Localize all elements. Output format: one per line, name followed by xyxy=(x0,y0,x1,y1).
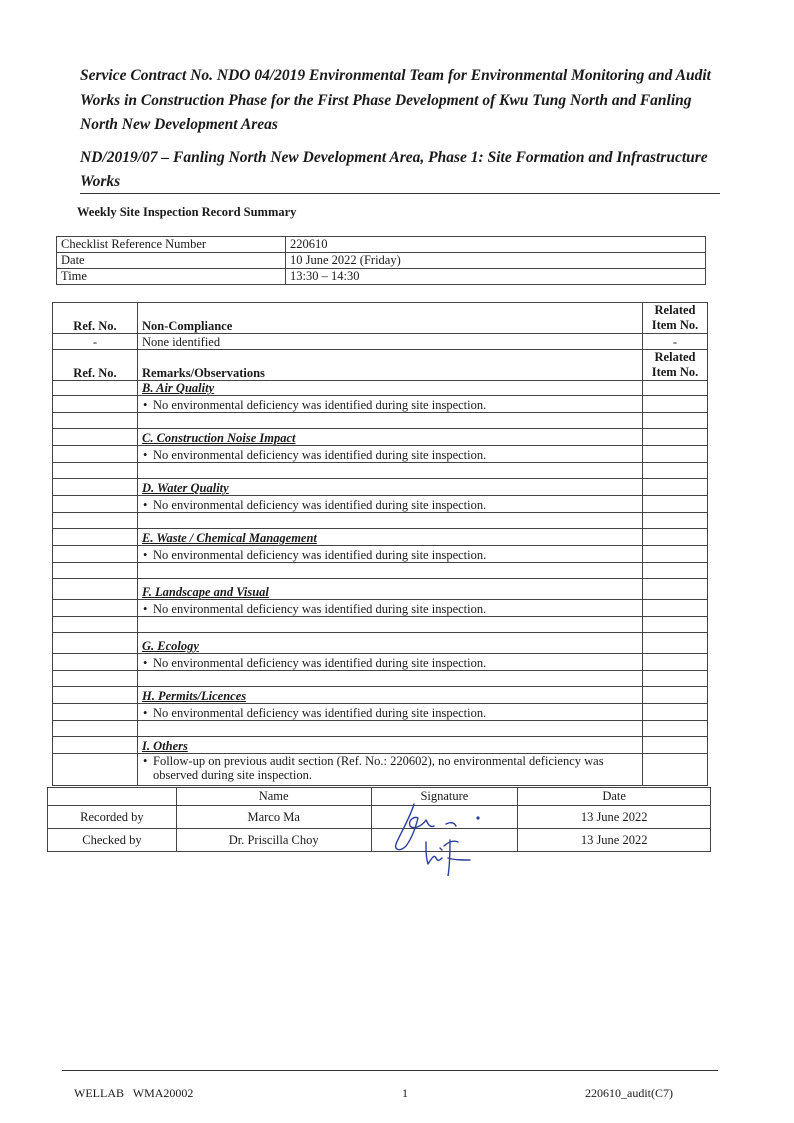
spacer-row xyxy=(53,413,708,429)
section-title: G. Ecology xyxy=(138,633,643,654)
non-compliance-header: Non-Compliance xyxy=(138,303,643,334)
related-item-cell xyxy=(643,579,708,600)
ref-no-cell xyxy=(53,633,138,654)
section-title-row: D. Water Quality xyxy=(53,479,708,496)
ref-no-cell xyxy=(53,446,138,463)
footer-company-code: WELLAB WMA20002 xyxy=(74,1086,193,1101)
observation-text: No environmental deficiency was identifi… xyxy=(142,656,638,670)
empty-cell xyxy=(53,513,138,529)
signature-cell xyxy=(371,806,518,829)
header-divider xyxy=(80,193,720,194)
section-title: B. Air Quality xyxy=(138,381,643,396)
related-item-cell xyxy=(643,429,708,446)
related-item-cell xyxy=(643,633,708,654)
spacer-row xyxy=(53,721,708,737)
ref-no-cell xyxy=(53,381,138,396)
footer-divider xyxy=(62,1070,718,1071)
observation-cell: No environmental deficiency was identifi… xyxy=(138,496,643,513)
info-row-time: Time 13:30 – 14:30 xyxy=(57,269,706,285)
observation-row: No environmental deficiency was identifi… xyxy=(53,396,708,413)
empty-cell xyxy=(138,463,643,479)
empty-cell xyxy=(138,617,643,633)
empty-cell xyxy=(643,617,708,633)
signoff-header-row: Name Signature Date xyxy=(48,788,711,806)
related-item-cell xyxy=(643,529,708,546)
spacer-row xyxy=(53,617,708,633)
section-title-row: C. Construction Noise Impact xyxy=(53,429,708,446)
spacer-row xyxy=(53,671,708,687)
signature-header: Signature xyxy=(371,788,518,806)
footer-document-id: 220610_audit(C7) xyxy=(585,1086,673,1101)
ref-no-cell xyxy=(53,429,138,446)
contract-title: Service Contract No. NDO 04/2019 Environ… xyxy=(80,64,730,138)
empty-cell xyxy=(53,721,138,737)
observation-cell: No environmental deficiency was identifi… xyxy=(138,446,643,463)
empty-cell xyxy=(138,721,643,737)
spacer-row xyxy=(53,563,708,579)
empty-cell xyxy=(643,563,708,579)
ref-no-cell xyxy=(53,600,138,617)
empty-cell xyxy=(53,563,138,579)
related-item-cell xyxy=(643,654,708,671)
name-cell: Dr. Priscilla Choy xyxy=(176,829,371,852)
related-item-header: Related Item No. xyxy=(643,303,708,334)
related-item-cell xyxy=(643,754,708,786)
section-title: H. Permits/Licences xyxy=(138,687,643,704)
observation-cell: No environmental deficiency was identifi… xyxy=(138,396,643,413)
observation-row: No environmental deficiency was identifi… xyxy=(53,546,708,563)
observation-row: No environmental deficiency was identifi… xyxy=(53,446,708,463)
observation-text: No environmental deficiency was identifi… xyxy=(142,398,638,412)
empty-cell xyxy=(138,513,643,529)
section-title-row: G. Ecology xyxy=(53,633,708,654)
info-label: Time xyxy=(57,269,286,285)
page-number: 1 xyxy=(402,1086,408,1101)
observation-cell: No environmental deficiency was identifi… xyxy=(138,704,643,721)
section-title: F. Landscape and Visual xyxy=(138,579,643,600)
role-cell: Checked by xyxy=(48,829,177,852)
related-item-cell xyxy=(643,496,708,513)
observation-row: No environmental deficiency was identifi… xyxy=(53,496,708,513)
empty-cell xyxy=(643,721,708,737)
section-title-row: I. Others xyxy=(53,737,708,754)
ref-no-cell: - xyxy=(53,334,138,350)
related-item-header: Related Item No. xyxy=(643,350,708,381)
empty-cell xyxy=(643,413,708,429)
observation-row: Follow-up on previous audit section (Ref… xyxy=(53,754,708,786)
section-title: D. Water Quality xyxy=(138,479,643,496)
signoff-row-checked: Checked by Dr. Priscilla Choy 13 June 20… xyxy=(48,829,711,852)
related-item-cell xyxy=(643,479,708,496)
name-cell: Marco Ma xyxy=(176,806,371,829)
ref-no-cell xyxy=(53,396,138,413)
info-label: Date xyxy=(57,253,286,269)
observation-text: Follow-up on previous audit section (Ref… xyxy=(142,754,638,782)
observation-text: No environmental deficiency was identifi… xyxy=(142,548,638,562)
empty-cell xyxy=(643,513,708,529)
spacer-row xyxy=(53,513,708,529)
empty-cell xyxy=(53,671,138,687)
ref-no-cell xyxy=(53,579,138,600)
section-title-row: B. Air Quality xyxy=(53,381,708,396)
related-item-cell xyxy=(643,737,708,754)
non-compliance-cell: None identified xyxy=(138,334,643,350)
empty-cell xyxy=(643,463,708,479)
project-title: ND/2019/07 – Fanling North New Developme… xyxy=(80,146,730,195)
observation-text: No environmental deficiency was identifi… xyxy=(142,602,638,616)
non-compliance-row: - None identified - xyxy=(53,334,708,350)
remarks-header-row: Ref. No. Remarks/Observations Related It… xyxy=(53,350,708,381)
ref-no-header: Ref. No. xyxy=(53,303,138,334)
info-row-date: Date 10 June 2022 (Friday) xyxy=(57,253,706,269)
info-value: 10 June 2022 (Friday) xyxy=(286,253,706,269)
non-compliance-header-row: Ref. No. Non-Compliance Related Item No. xyxy=(53,303,708,334)
inspection-info-table: Checklist Reference Number 220610 Date 1… xyxy=(56,236,706,285)
observation-text: No environmental deficiency was identifi… xyxy=(142,706,638,720)
info-value: 13:30 – 14:30 xyxy=(286,269,706,285)
observation-row: No environmental deficiency was identifi… xyxy=(53,704,708,721)
ref-no-cell xyxy=(53,529,138,546)
observation-cell: Follow-up on previous audit section (Ref… xyxy=(138,754,643,786)
observation-cell: No environmental deficiency was identifi… xyxy=(138,546,643,563)
spacer-row xyxy=(53,463,708,479)
date-cell: 13 June 2022 xyxy=(518,806,711,829)
related-item-cell: - xyxy=(643,334,708,350)
ref-no-header: Ref. No. xyxy=(53,350,138,381)
signature-cell xyxy=(371,829,518,852)
section-title: E. Waste / Chemical Management xyxy=(138,529,643,546)
ref-no-cell xyxy=(53,704,138,721)
related-item-cell xyxy=(643,600,708,617)
empty-cell xyxy=(138,671,643,687)
ref-no-cell xyxy=(53,496,138,513)
observation-row: No environmental deficiency was identifi… xyxy=(53,600,708,617)
empty-cell xyxy=(53,617,138,633)
section-title: I. Others xyxy=(138,737,643,754)
info-value: 220610 xyxy=(286,237,706,253)
section-title: C. Construction Noise Impact xyxy=(138,429,643,446)
section-title-row: E. Waste / Chemical Management xyxy=(53,529,708,546)
related-item-cell xyxy=(643,687,708,704)
summary-heading: Weekly Site Inspection Record Summary xyxy=(77,205,296,220)
signoff-row-recorded: Recorded by Marco Ma 13 June 2022 xyxy=(48,806,711,829)
related-item-cell xyxy=(643,546,708,563)
remarks-header: Remarks/Observations xyxy=(138,350,643,381)
ref-no-cell xyxy=(53,687,138,704)
role-header xyxy=(48,788,177,806)
related-item-cell xyxy=(643,704,708,721)
empty-cell xyxy=(138,563,643,579)
ref-no-cell xyxy=(53,754,138,786)
observation-cell: No environmental deficiency was identifi… xyxy=(138,600,643,617)
name-header: Name xyxy=(176,788,371,806)
signoff-table: Name Signature Date Recorded by Marco Ma… xyxy=(47,787,711,852)
empty-cell xyxy=(643,671,708,687)
observation-text: No environmental deficiency was identifi… xyxy=(142,448,638,462)
role-cell: Recorded by xyxy=(48,806,177,829)
observation-row: No environmental deficiency was identifi… xyxy=(53,654,708,671)
ref-no-cell xyxy=(53,479,138,496)
section-title-row: F. Landscape and Visual xyxy=(53,579,708,600)
ref-no-cell xyxy=(53,737,138,754)
observation-cell: No environmental deficiency was identifi… xyxy=(138,654,643,671)
observation-text: No environmental deficiency was identifi… xyxy=(142,498,638,512)
info-row-reference: Checklist Reference Number 220610 xyxy=(57,237,706,253)
section-title-row: H. Permits/Licences xyxy=(53,687,708,704)
related-item-cell xyxy=(643,396,708,413)
date-cell: 13 June 2022 xyxy=(518,829,711,852)
observations-table: Ref. No. Non-Compliance Related Item No.… xyxy=(52,302,708,786)
empty-cell xyxy=(53,413,138,429)
remarks-sections: B. Air QualityNo environmental deficienc… xyxy=(53,381,708,786)
related-item-cell xyxy=(643,381,708,396)
empty-cell xyxy=(138,413,643,429)
info-label: Checklist Reference Number xyxy=(57,237,286,253)
ref-no-cell xyxy=(53,654,138,671)
date-header: Date xyxy=(518,788,711,806)
related-item-cell xyxy=(643,446,708,463)
ref-no-cell xyxy=(53,546,138,563)
document-title-block: Service Contract No. NDO 04/2019 Environ… xyxy=(80,64,730,195)
empty-cell xyxy=(53,463,138,479)
